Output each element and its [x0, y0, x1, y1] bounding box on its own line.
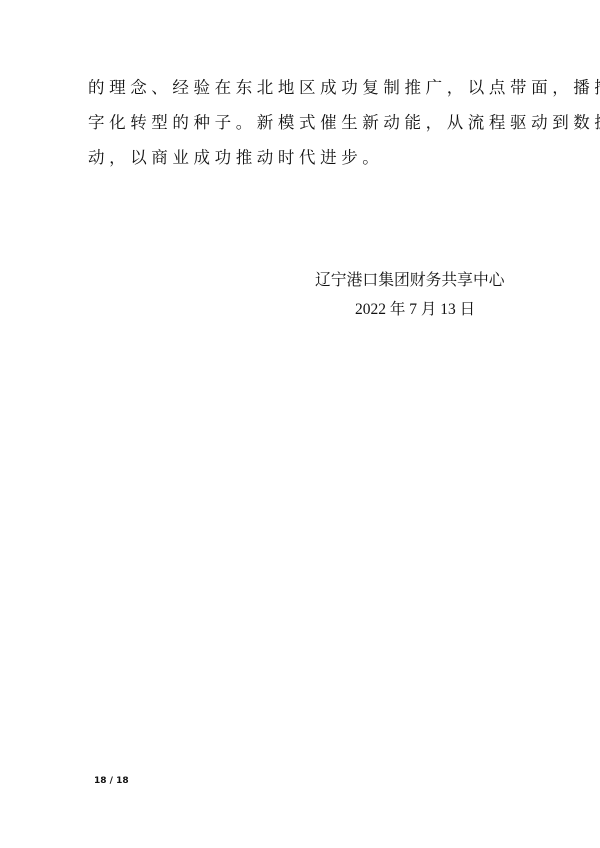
body-line-3: 动，以商业成功推动时代进步。: [88, 144, 512, 179]
document-page: 的理念、经验在东北地区成功复制推广，以点带面，播撒数 字化转型的种子。新模式催生…: [0, 0, 600, 848]
signature-date: 2022 年 7 月 13 日: [355, 296, 475, 324]
body-line-2: 字化转型的种子。新模式催生新动能，从流程驱动到数据驱: [88, 109, 512, 144]
page-number: 18 / 18: [94, 774, 129, 788]
signature-organization: 辽宁港口集团财务共享中心: [315, 266, 505, 294]
body-paragraph: 的理念、经验在东北地区成功复制推广，以点带面，播撒数 字化转型的种子。新模式催生…: [88, 74, 512, 179]
body-line-1: 的理念、经验在东北地区成功复制推广，以点带面，播撒数: [88, 74, 512, 109]
